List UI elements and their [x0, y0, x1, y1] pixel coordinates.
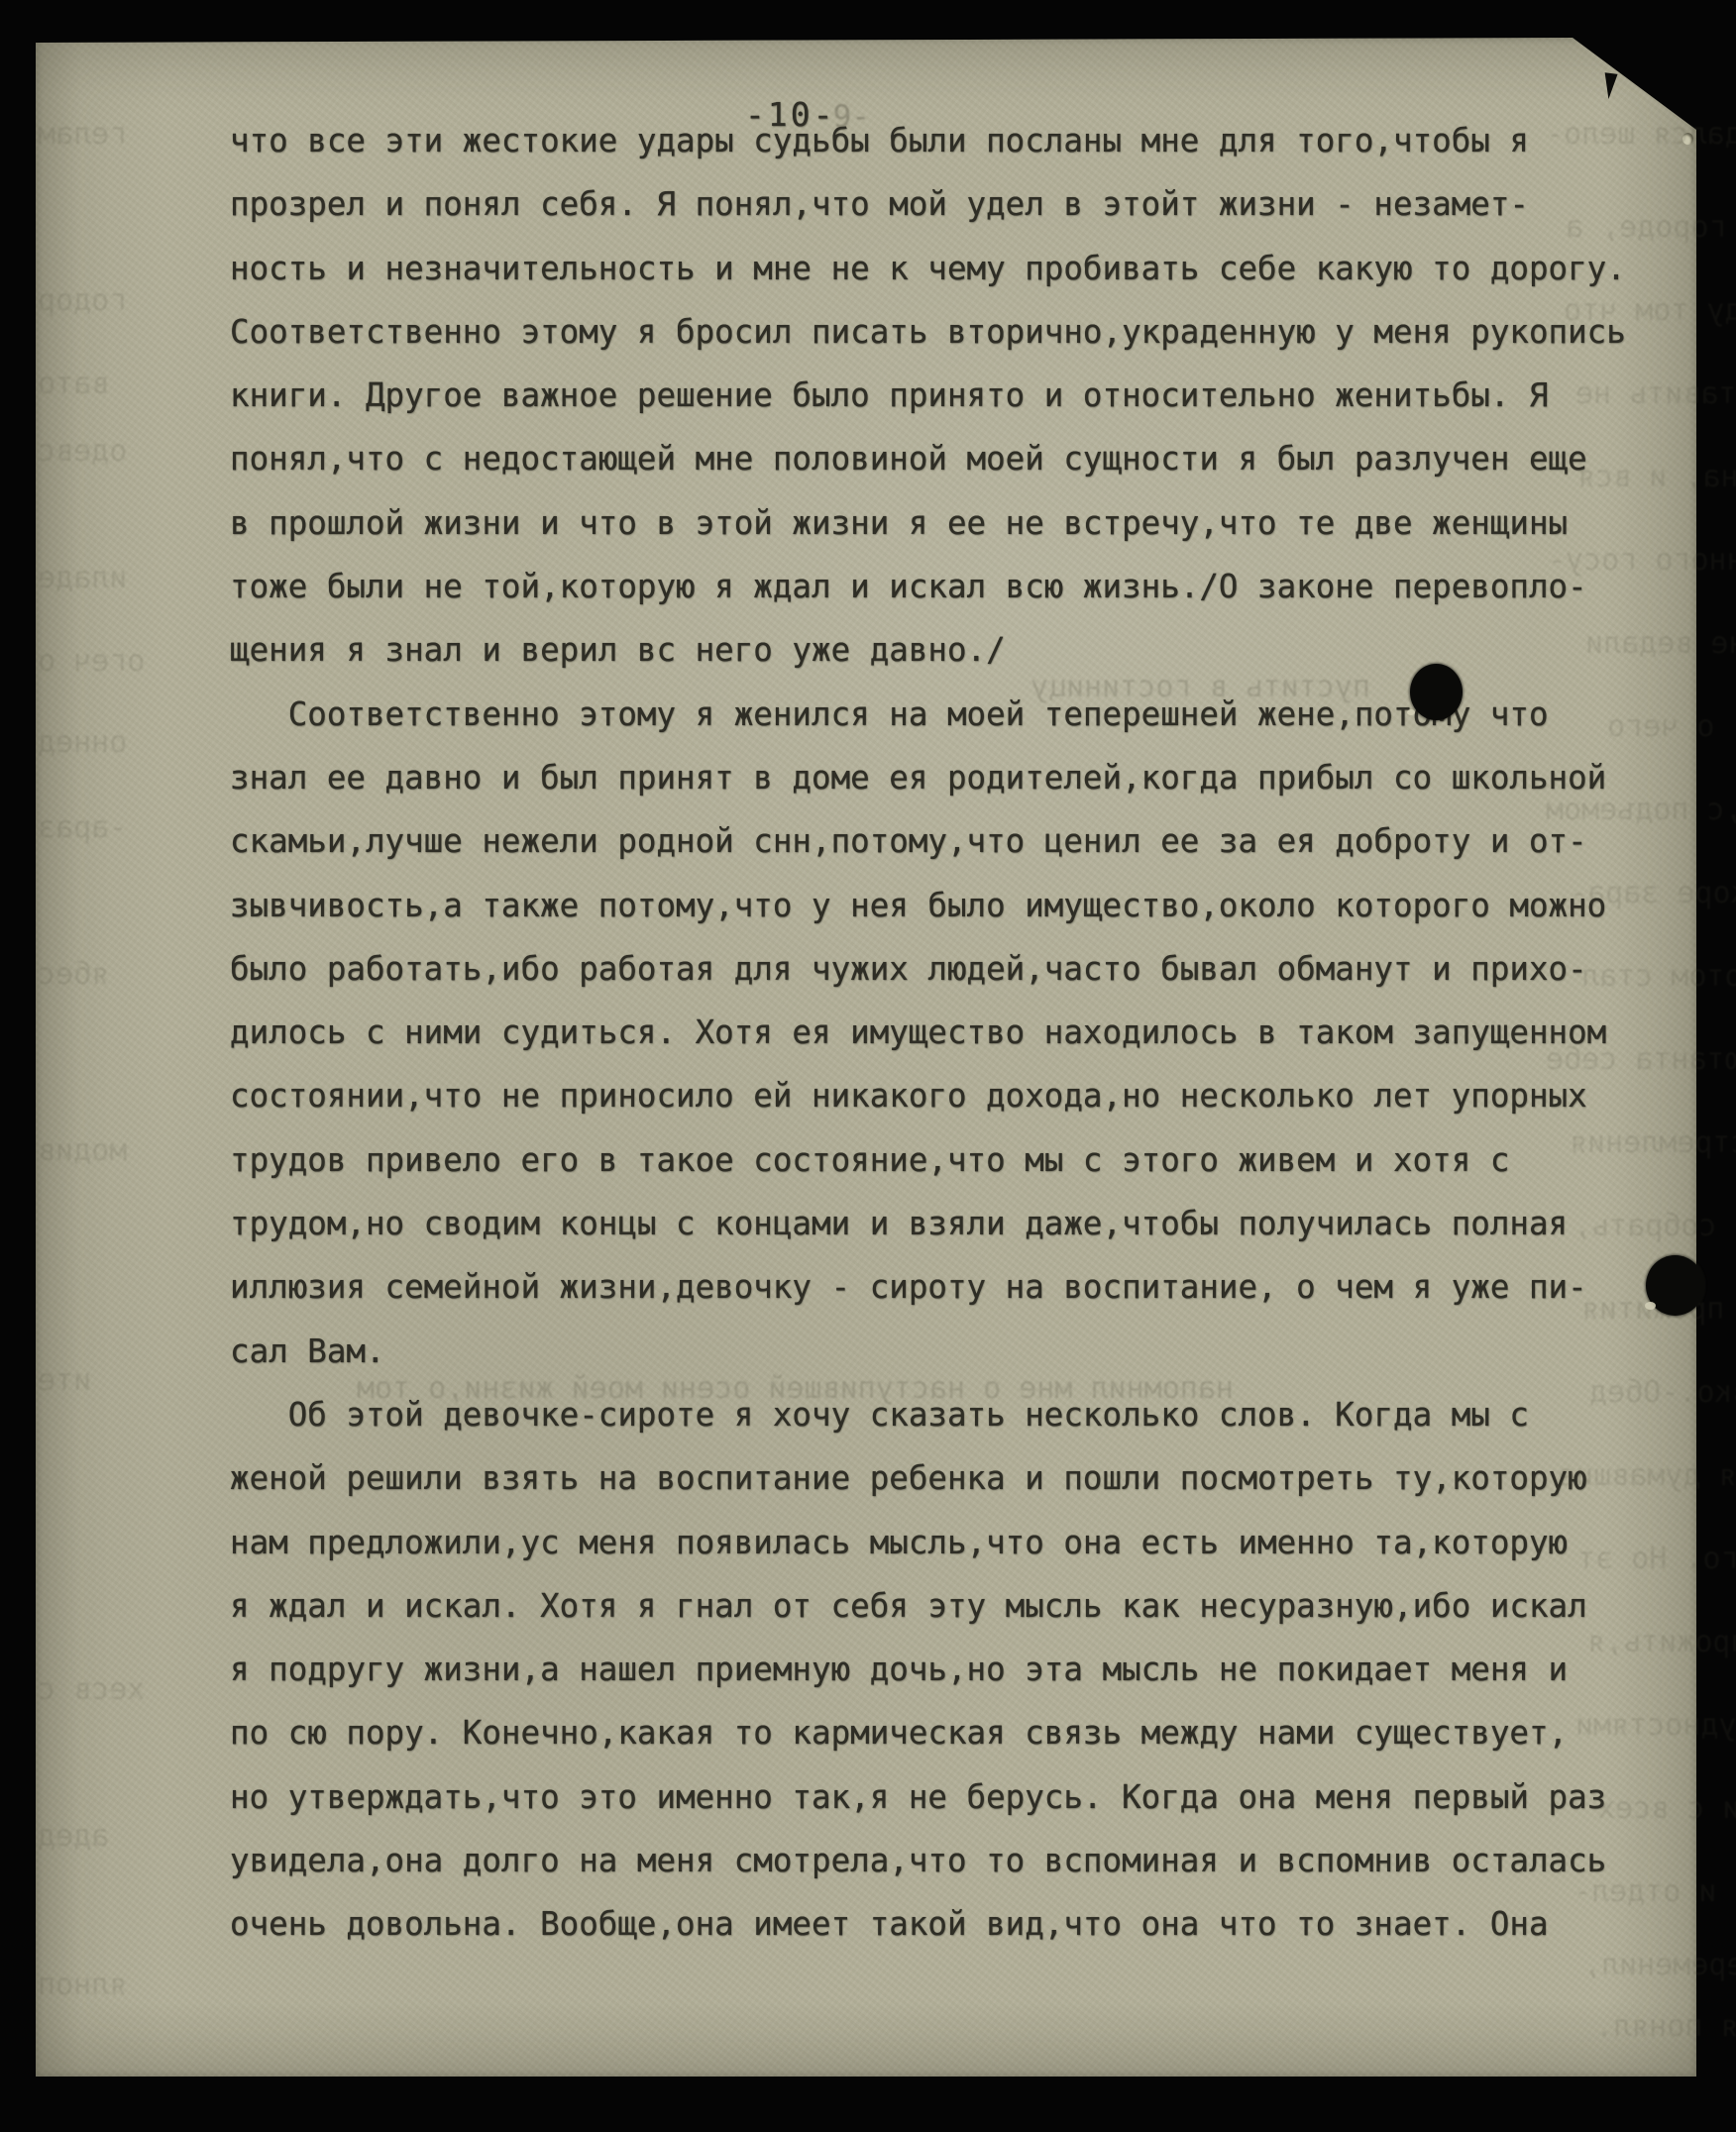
bleedthrough-text: оставить не: [1575, 376, 1736, 411]
bleedthrough-text: прожить,я: [1587, 1625, 1736, 1659]
bleedthrough-text: и с всех: [1597, 1791, 1736, 1826]
punch-hole-glint: [1407, 709, 1415, 715]
bleedthrough-text: вато: [38, 367, 109, 401]
bleedthrough-text: я понял.: [1595, 2009, 1736, 2044]
bleedthrough-text: одна, и вся: [1577, 460, 1736, 494]
typed-line: понял,что с недостающей мне половиной мо…: [230, 427, 1686, 490]
punch-hole-glint: [1645, 1302, 1656, 1310]
typed-line: в прошлой жизни и что в этой жизни я ее …: [230, 491, 1686, 555]
typed-line: зывчивость,а также потому,что у нея было…: [230, 874, 1686, 937]
typed-line: но утверждать,что это именно так,я не бе…: [230, 1765, 1686, 1829]
typed-line: скамьи,лучше нежели родной снн,потому,чт…: [230, 809, 1686, 873]
bleedthrough-text: все собрать,: [1573, 1209, 1736, 1243]
typed-line: было работать,ибо работая для чужих люде…: [230, 937, 1686, 1001]
typed-line: что все эти жестокие удары судьбы были п…: [230, 109, 1686, 172]
bleedthrough-text: ите: [38, 1363, 91, 1398]
bleedthrough-text: не ведали: [1585, 626, 1736, 661]
bleedthrough-text: огеч о: [38, 644, 145, 679]
typed-text: что все эти жестокие удары судьбы были п…: [230, 109, 1686, 1957]
typed-line: нам предложили,ус меня появилась мысль,ч…: [230, 1511, 1686, 1574]
bleedthrough-text: хесв с: [38, 1672, 145, 1707]
typed-line: трудом,но сводим концы с концами и взяли…: [230, 1192, 1686, 1255]
bleedthrough-text: ялноп: [38, 1968, 127, 2002]
typed-line: очень довольна. Вообще,она имеет такой в…: [230, 1892, 1686, 1956]
bleedthrough-text: одевс: [38, 434, 127, 469]
bleedthrough-text: гелам: [38, 117, 127, 152]
typed-line: женой решили взять на воспитание ребенка…: [230, 1446, 1686, 1510]
scanned-page-background: -10- -9- что все эти жестокие удары судь…: [0, 0, 1736, 2132]
typed-line: знал ее давно и был принят в доме ея род…: [230, 746, 1686, 809]
typed-line: по сю пору. Конечно,какая то кармическая…: [230, 1701, 1686, 1764]
paper-tear-mark: [1601, 72, 1617, 99]
bleedthrough-text: твенного госу-: [1548, 543, 1736, 578]
bleedthrough-text: оннед: [38, 725, 127, 760]
bleedthrough-text: напомнил мне о наступившей осени моей жи…: [357, 1371, 1234, 1406]
bleedthrough-text: ном городе, а: [1566, 210, 1736, 245]
bleedthrough-text: вскоре зара-: [1570, 876, 1736, 910]
bleedthrough-text: о чего: [1607, 709, 1714, 744]
bleedthrough-text: ани и отдел-: [1573, 1874, 1736, 1909]
punch-hole: [1410, 664, 1463, 720]
typed-line: ность и незначительность и мне не к чему…: [230, 237, 1686, 300]
typed-line: иллюзия семейной жизни,девочку - сироту …: [230, 1255, 1686, 1319]
typed-line: дилось с ними судиться. Хотя ея имуществ…: [230, 1001, 1686, 1064]
typed-line: трудов привело его в такое состояние,что…: [230, 1128, 1686, 1192]
bleedthrough-text: иладе: [38, 561, 127, 595]
bleedthrough-text: зко.-Обед: [1589, 1375, 1736, 1410]
typed-line: состоянии,что не приносило ей никакого д…: [230, 1064, 1686, 1127]
bleedthrough-text: переменил,: [1583, 1948, 1736, 1982]
typed-line: я подругу жизни,а нашел приемную дочь,но…: [230, 1638, 1686, 1701]
typed-line: прозрел и понял себя. Я понял,что мой уд…: [230, 172, 1686, 236]
bleedthrough-text: традался шело-: [1546, 117, 1736, 152]
bleedthrough-text: модив: [38, 1133, 127, 1168]
bleedthrough-text: ябес: [38, 957, 109, 992]
bleedthrough-text: ется думавшие: [1558, 1458, 1736, 1493]
bleedthrough-text: адъютанта себе: [1546, 1042, 1736, 1077]
bleedthrough-text: пустить в гостиницу: [1031, 670, 1370, 704]
bleedthrough-text: адед: [38, 1819, 109, 1854]
bleedthrough-text: годор: [38, 283, 127, 318]
bleedthrough-text: потом стал: [1581, 959, 1736, 994]
bleedthrough-text: о стремления: [1570, 1125, 1736, 1160]
typed-line: увидела,она долго на меня смотрела,что т…: [230, 1829, 1686, 1892]
typed-line: тоже были не той,которую я ждал и искал …: [230, 555, 1686, 618]
bleedthrough-text: -араз: [38, 810, 127, 845]
typed-line: Соответственно этому я женился на моей т…: [230, 683, 1686, 746]
typed-line: щения я знал и верил вс него уже давно./: [230, 618, 1686, 682]
bleedthrough-text: него. Но эт: [1577, 1542, 1736, 1576]
bleedthrough-text: сть,с подъемом: [1546, 793, 1736, 827]
typed-line: я ждал и искал. Хотя я гнал от себя эту …: [230, 1574, 1686, 1638]
typed-line: книги. Другое важное решение было принят…: [230, 364, 1686, 427]
typed-line: Соответственно этому я бросил писать вто…: [230, 300, 1686, 364]
bleedthrough-text: трудностями: [1575, 1708, 1736, 1743]
bleedthrough-text: между том что: [1564, 293, 1736, 328]
